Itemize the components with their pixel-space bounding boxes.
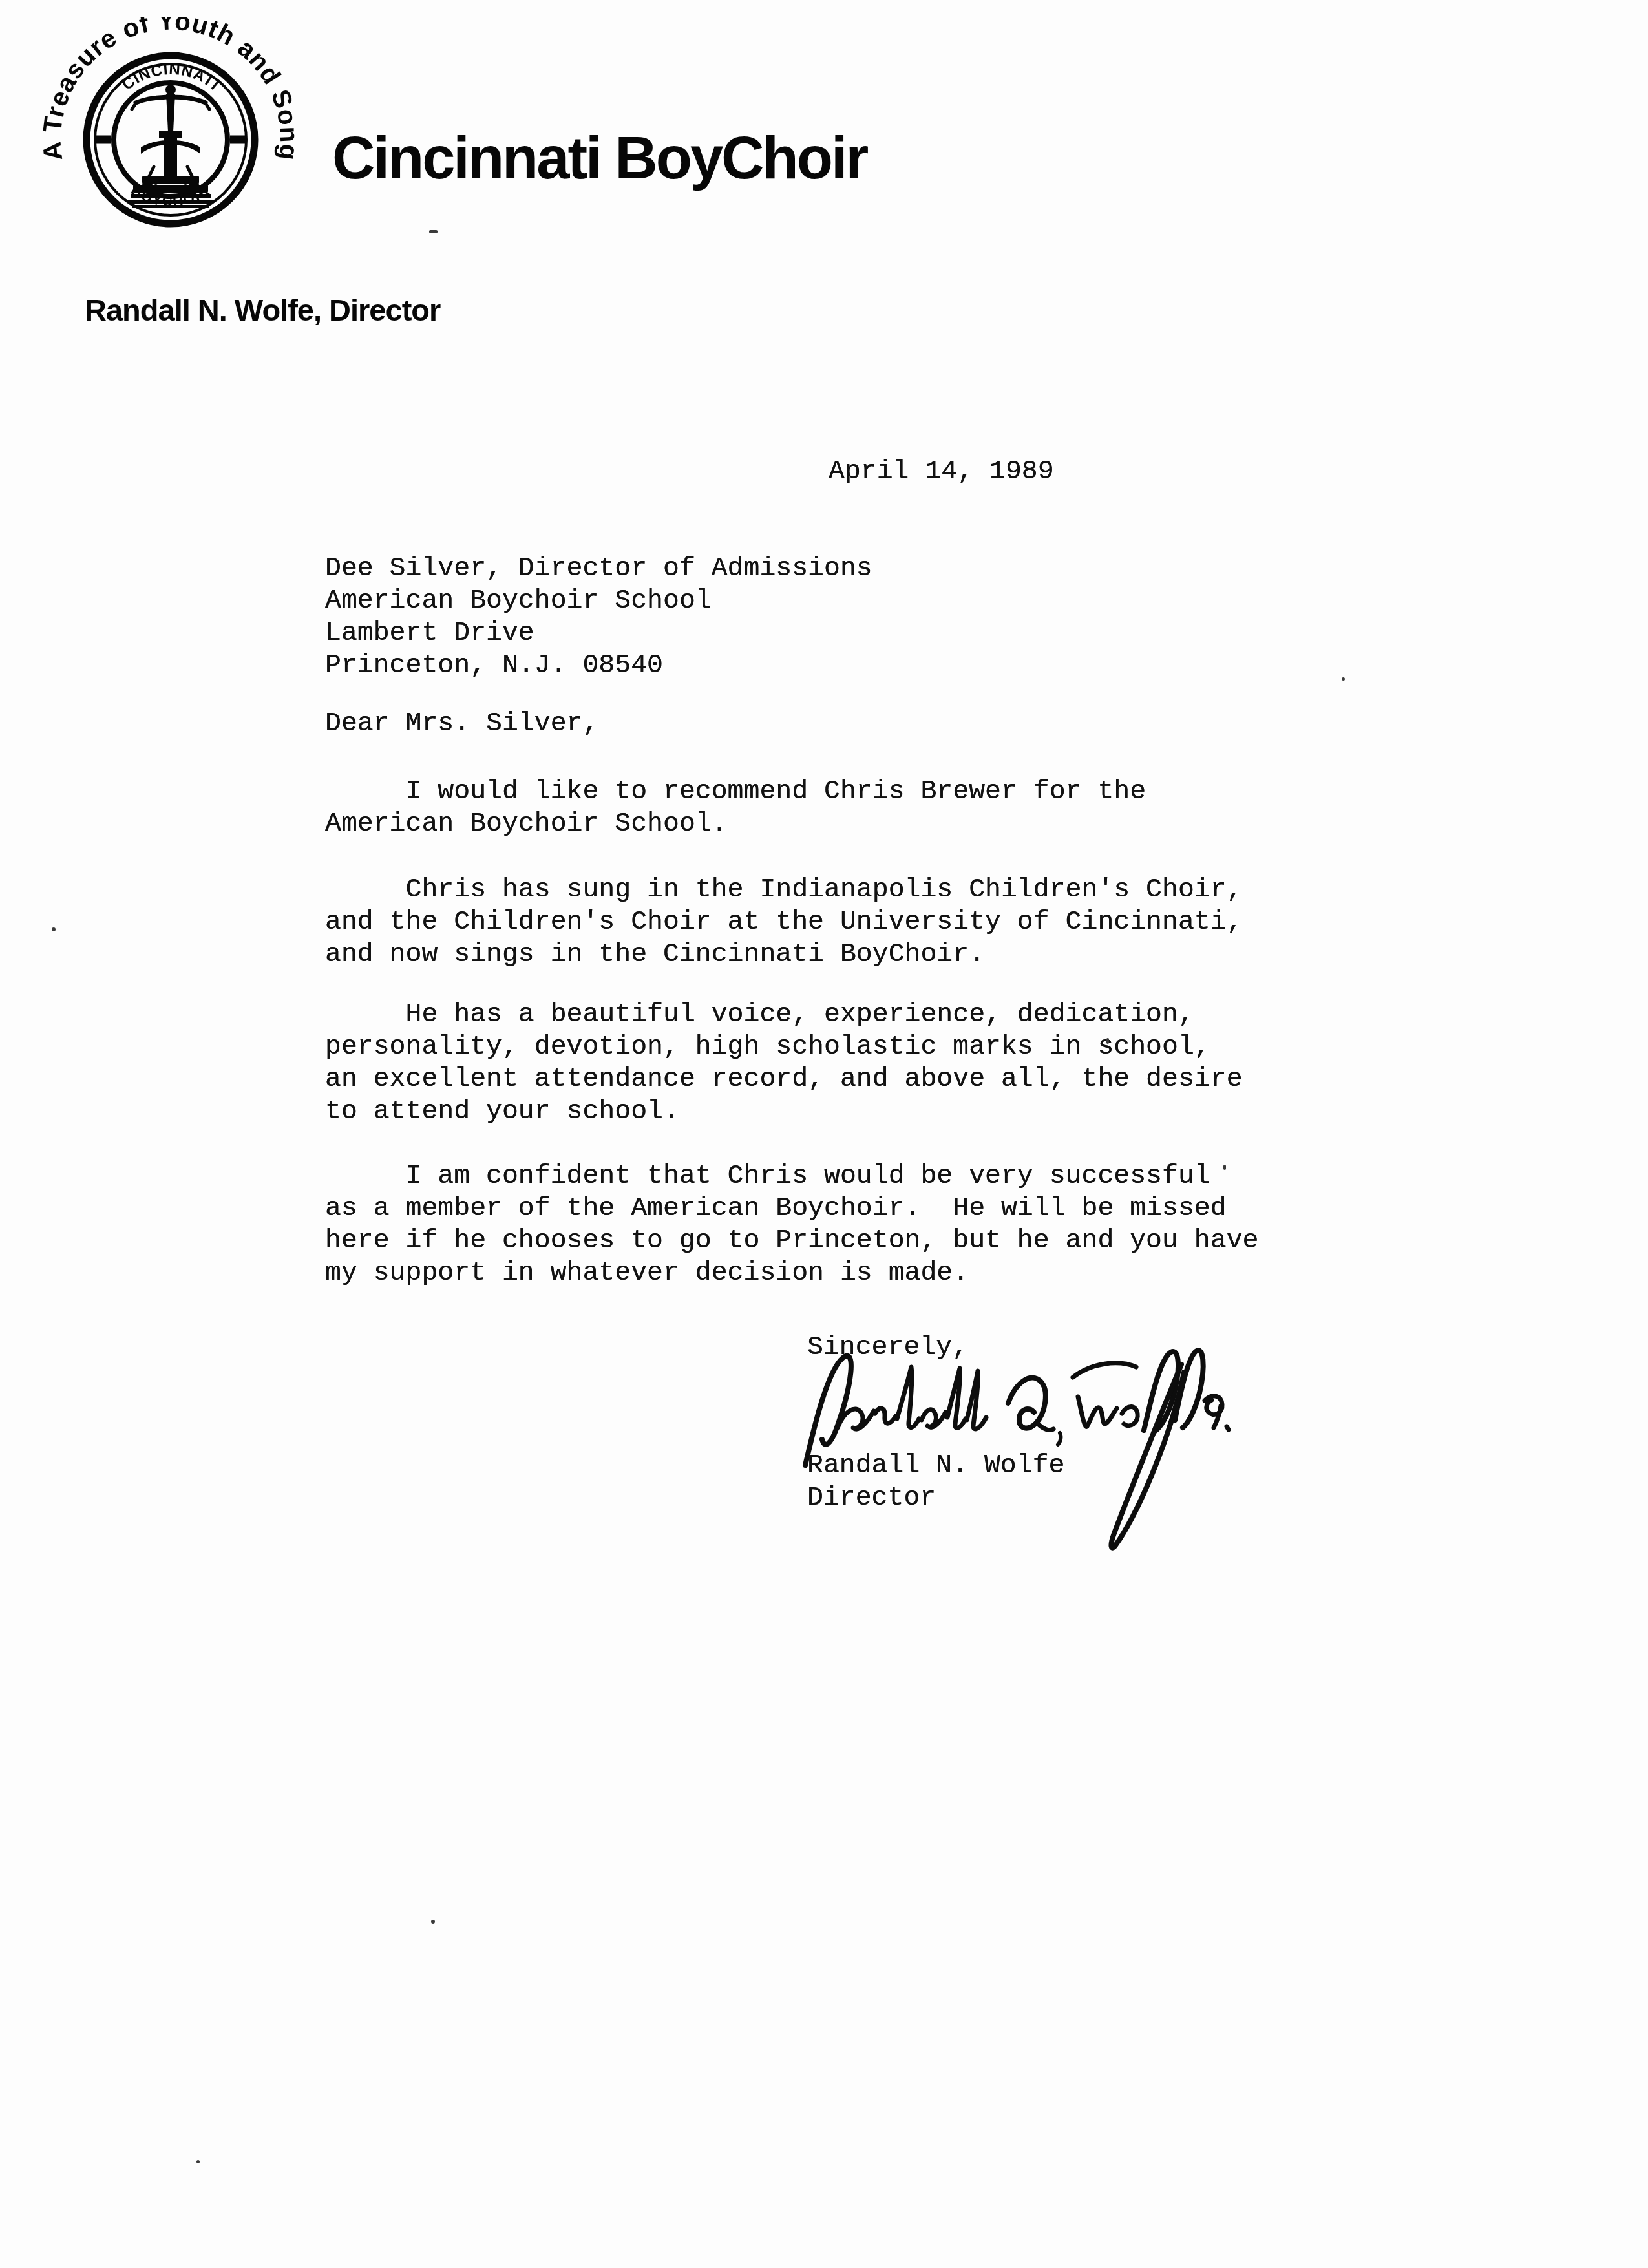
- body-paragraph-4: I am confident that Chris would be very …: [325, 1160, 1258, 1289]
- salutation: Dear Mrs. Silver,: [325, 708, 598, 740]
- body-line: I would like to recommend Chris Brewer f…: [325, 776, 1146, 808]
- date-line: April 14, 1989: [829, 456, 1054, 488]
- scan-speck: [429, 230, 438, 233]
- address-line: Princeton, N.J. 08540: [325, 650, 872, 682]
- scan-speck: [431, 1920, 435, 1924]
- letterhead-director-line: Randall N. Wolfe, Director: [85, 292, 440, 328]
- scan-speck: [1342, 677, 1345, 681]
- address-line: Dee Silver, Director of Admissions: [325, 553, 872, 585]
- address-line: Lambert Drive: [325, 617, 872, 650]
- body-line: American Boychoir School.: [325, 808, 1146, 840]
- scan-speck: [1223, 1165, 1226, 1170]
- signer-title: Director: [807, 1482, 1064, 1514]
- body-line: an excellent attendance record, and abov…: [325, 1063, 1243, 1096]
- body-line: I am confident that Chris would be very …: [325, 1160, 1258, 1192]
- body-line: He has a beautiful voice, experience, de…: [325, 999, 1243, 1031]
- body-line: as a member of the American Boychoir. He…: [325, 1192, 1258, 1225]
- body-paragraph-2: Chris has sung in the Indianapolis Child…: [325, 874, 1243, 971]
- scan-speck: [196, 2160, 200, 2163]
- body-line: Chris has sung in the Indianapolis Child…: [325, 874, 1243, 906]
- scan-speck: [52, 927, 56, 931]
- body-paragraph-3: He has a beautiful voice, experience, de…: [325, 999, 1243, 1128]
- body-line: my support in whatever decision is made.: [325, 1257, 1258, 1289]
- org-title: Cincinnati BoyChoir: [332, 125, 867, 193]
- scan-speck: [1106, 1038, 1109, 1044]
- boychoir-logo: A Treasure of Youth and Song CINCINNATI …: [34, 17, 312, 261]
- body-line: here if he chooses to go to Princeton, b…: [325, 1225, 1258, 1257]
- body-line: and now sings in the Cincinnati BoyChoir…: [325, 938, 1243, 971]
- recipient-address: Dee Silver, Director of Admissions Ameri…: [325, 553, 872, 682]
- scanned-letter-page: A Treasure of Youth and Song CINCINNATI …: [0, 0, 1648, 2268]
- fountain-statue-icon: [128, 85, 213, 208]
- signature-block: Randall N. Wolfe Director: [807, 1450, 1064, 1514]
- address-line: American Boychoir School: [325, 585, 872, 617]
- body-line: and the Children's Choir at the Universi…: [325, 906, 1243, 938]
- body-line: to attend your school.: [325, 1096, 1243, 1128]
- body-paragraph-1: I would like to recommend Chris Brewer f…: [325, 776, 1146, 840]
- signer-name: Randall N. Wolfe: [807, 1450, 1064, 1482]
- body-line: personality, devotion, high scholastic m…: [325, 1031, 1243, 1063]
